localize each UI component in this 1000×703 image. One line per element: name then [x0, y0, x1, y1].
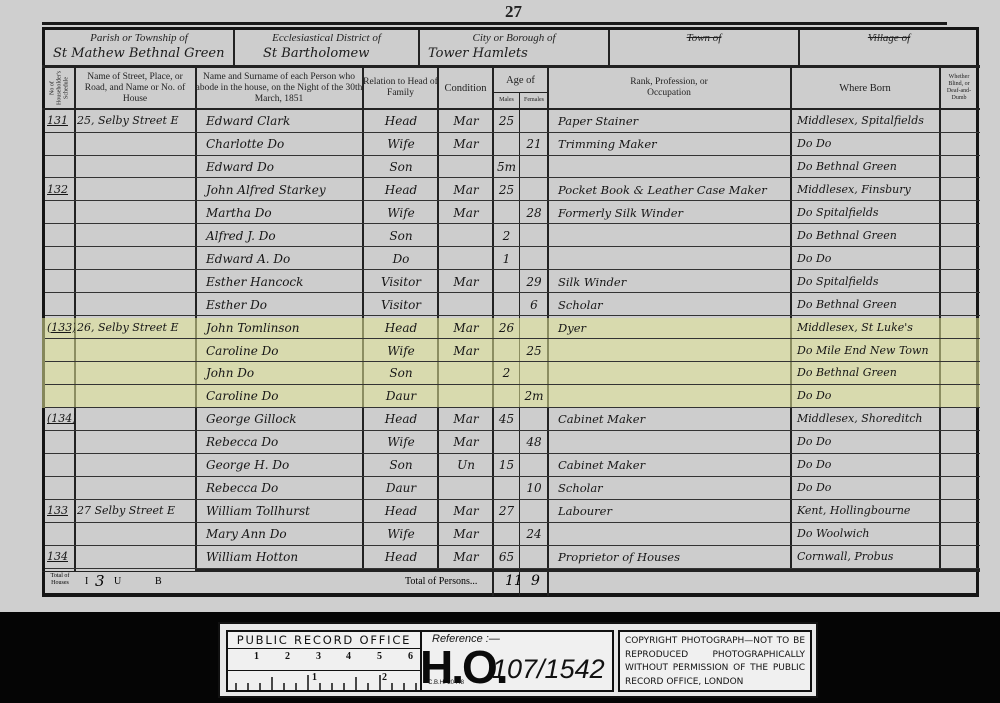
schedule-cell [47, 477, 75, 499]
name-cell: Esther Do [200, 294, 371, 316]
condition-cell [440, 156, 492, 178]
relation-cell: Do [365, 248, 437, 270]
condition-cell: Mar [440, 340, 492, 362]
birthplace-cell: Middlesex, Spitalfields [793, 110, 945, 132]
occupation-cell [552, 362, 796, 384]
parish-value: St Mathew Bethnal Green [53, 46, 225, 61]
census-row: Esther HancockVisitorMar29Silk WinderDo … [45, 271, 980, 294]
relation-cell: Head [365, 179, 437, 201]
census-row: 134William HottonHeadMar65Proprietor of … [45, 546, 980, 569]
address-cell [77, 431, 195, 453]
census-row: 13125, Selby Street EEdward ClarkHeadMar… [45, 110, 980, 133]
birthplace-cell: Do Do [793, 477, 945, 499]
schedule-cell [47, 202, 75, 224]
census-row: (133)26, Selby Street EJohn TomlinsonHea… [45, 317, 980, 340]
age-male-cell [494, 431, 519, 453]
address-cell [77, 156, 195, 178]
disability-cell [942, 202, 978, 224]
town-cell: Town of [610, 30, 800, 66]
address-cell [77, 133, 195, 155]
condition-cell [440, 294, 492, 316]
name-cell: Esther Hancock [200, 271, 371, 293]
age-male-cell: 1 [494, 248, 519, 270]
occupation-cell: Scholar [552, 477, 796, 499]
birthplace-cell: Middlesex, Shoreditch [793, 408, 945, 430]
ruler-inches: 1 2 3 4 5 6 [228, 648, 420, 671]
disability-cell [942, 294, 978, 316]
village-cell: Village of [800, 30, 978, 66]
relation-cell: Daur [365, 477, 437, 499]
age-female-cell [521, 110, 547, 132]
relation-cell: Son [365, 225, 437, 247]
occupation-cell [552, 431, 796, 453]
occupation-cell: Cabinet Maker [552, 408, 796, 430]
condition-cell: Mar [440, 500, 492, 522]
age-male-cell: 26 [494, 317, 519, 339]
age-male-cell [494, 271, 519, 293]
birthplace-cell: Do Woolwich [793, 523, 945, 545]
relation-cell: Head [365, 546, 437, 568]
disability-cell [942, 271, 978, 293]
schedule-cell [47, 362, 75, 384]
age-male-cell: 15 [494, 454, 519, 476]
address-cell [77, 477, 195, 499]
age-female-cell: 25 [521, 340, 547, 362]
age-male-cell: 2 [494, 225, 519, 247]
age-female-cell [521, 317, 547, 339]
header-rule [42, 22, 947, 25]
age-male-cell [494, 340, 519, 362]
address-cell [77, 454, 195, 476]
schedule-cell [47, 248, 75, 270]
ruler-tick: 6 [408, 651, 413, 662]
age-male-cell [494, 385, 519, 407]
census-row: Martha DoWifeMar28Formerly Silk WinderDo… [45, 202, 980, 225]
age-female-cell: 29 [521, 271, 547, 293]
address-cell: 26, Selby Street E [77, 317, 195, 339]
birthplace-cell: Do Do [793, 248, 945, 270]
age-female-cell: 21 [521, 133, 547, 155]
address-cell [77, 408, 195, 430]
birthplace-cell: Do Bethnal Green [793, 294, 945, 316]
condition-cell: Mar [440, 523, 492, 545]
address-cell [77, 362, 195, 384]
disability-cell [942, 225, 978, 247]
age-female-cell: 6 [521, 294, 547, 316]
name-cell: John Alfred Starkey [200, 179, 371, 201]
birthplace-cell: Do Do [793, 431, 945, 453]
relation-cell: Wife [365, 340, 437, 362]
disability-cell [942, 477, 978, 499]
pro-ruler-box: PUBLIC RECORD OFFICE 1 2 3 4 5 6 1 2 [226, 630, 422, 692]
census-row: Charlotte DoWifeMar21Trimming MakerDo Do [45, 133, 980, 156]
age-male-cell [494, 477, 519, 499]
age-female-cell [521, 408, 547, 430]
age-female-cell: 10 [521, 477, 547, 499]
ruler-tick: 3 [316, 651, 321, 662]
name-cell: Rebecca Do [200, 431, 371, 453]
age-male-cell: 25 [494, 179, 519, 201]
name-cell: Caroline Do [200, 340, 371, 362]
schedule-cell [47, 340, 75, 362]
reference-number: 107/1542 [492, 654, 605, 685]
schedule-cell [47, 523, 75, 545]
disability-cell [942, 500, 978, 522]
col-header-relation: Relation to Head of Family [363, 68, 438, 108]
reference-box: Reference :— H.O. 107/1542 C.B.H. 20448 [422, 630, 614, 692]
building-prefix: B [155, 576, 162, 587]
census-row: Mary Ann DoWifeMar24Do Woolwich [45, 523, 980, 546]
disability-cell [942, 133, 978, 155]
name-cell: William Hotton [200, 546, 371, 568]
age-male-cell [494, 523, 519, 545]
birthplace-cell: Cornwall, Probus [793, 546, 945, 568]
name-cell: George H. Do [200, 454, 371, 476]
col-header-occupation: Rank, Profession, or Occupation [548, 68, 790, 108]
occupation-cell: Pocket Book & Leather Case Maker [552, 179, 796, 201]
census-row: (134)George GillockHeadMar45Cabinet Make… [45, 408, 980, 431]
name-cell: Edward Do [200, 156, 371, 178]
name-cell: Edward Clark [200, 110, 371, 132]
age-female-cell: 24 [521, 523, 547, 545]
age-male-cell: 2 [494, 362, 519, 384]
condition-cell: Mar [440, 179, 492, 201]
census-row: Rebecca DoDaur10ScholarDo Do [45, 477, 980, 500]
address-cell [77, 271, 195, 293]
col-header-condition: Condition [438, 68, 493, 108]
birthplace-cell: Do Spitalfields [793, 271, 945, 293]
col-header-age: Age of [493, 68, 548, 92]
age-male-cell: 65 [494, 546, 519, 568]
condition-cell [440, 362, 492, 384]
age-female-cell [521, 546, 547, 568]
occupation-cell [552, 248, 796, 270]
relation-cell: Daur [365, 385, 437, 407]
copyright-notice: COPYRIGHT PHOTOGRAPH—NOT TO BE REPRODUCE… [618, 630, 812, 692]
occupation-cell [552, 385, 796, 407]
pro-title: PUBLIC RECORD OFFICE [228, 633, 420, 647]
occupation-cell: Paper Stainer [552, 110, 796, 132]
relation-cell: Head [365, 110, 437, 132]
inhabited-prefix: I [85, 576, 88, 587]
disability-cell [942, 362, 978, 384]
folio-number: 27 [505, 2, 522, 22]
age-female-cell [521, 500, 547, 522]
disability-cell [942, 110, 978, 132]
name-cell: Rebecca Do [200, 477, 371, 499]
disability-cell [942, 546, 978, 568]
condition-cell: Mar [440, 133, 492, 155]
name-cell: John Do [200, 362, 371, 384]
address-cell [77, 340, 195, 362]
address-cell [77, 179, 195, 201]
address-cell [77, 248, 195, 270]
schedule-cell [47, 294, 75, 316]
schedule-cell: 134 [47, 546, 75, 568]
address-cell [77, 225, 195, 247]
census-row: 13327 Selby Street EWilliam TollhurstHea… [45, 500, 980, 523]
condition-cell: Mar [440, 271, 492, 293]
schedule-cell [47, 225, 75, 247]
condition-cell: Mar [440, 202, 492, 224]
disability-cell [942, 340, 978, 362]
birthplace-cell: Do Do [793, 454, 945, 476]
schedule-cell [47, 156, 75, 178]
name-cell: John Tomlinson [200, 317, 371, 339]
persons-total-label: Total of Persons... [405, 576, 477, 587]
schedule-cell: 133 [47, 500, 75, 522]
age-female-cell [521, 156, 547, 178]
age-male-cell [494, 133, 519, 155]
age-male-cell: 5m [494, 156, 519, 178]
schedule-cell: 132 [47, 179, 75, 201]
relation-cell: Visitor [365, 294, 437, 316]
schedule-cell [47, 385, 75, 407]
name-cell: Caroline Do [200, 385, 371, 407]
address-cell [77, 385, 195, 407]
city-value: Tower Hamlets [428, 46, 528, 61]
birthplace-cell: Do Do [793, 133, 945, 155]
relation-cell: Wife [365, 133, 437, 155]
condition-cell [440, 385, 492, 407]
ruler-ticks-icon [228, 671, 420, 691]
occupation-cell: Labourer [552, 500, 796, 522]
name-cell: George Gillock [200, 408, 371, 430]
males-total: 11 [505, 573, 523, 589]
occupation-cell [552, 156, 796, 178]
census-row: Esther DoVisitor6ScholarDo Bethnal Green [45, 294, 980, 317]
age-female-cell: 28 [521, 202, 547, 224]
occupation-cell: Silk Winder [552, 271, 796, 293]
age-male-cell: 45 [494, 408, 519, 430]
occupation-cell: Proprietor of Houses [552, 546, 796, 568]
census-row: Caroline DoWifeMar25Do Mile End New Town [45, 340, 980, 363]
address-cell [77, 523, 195, 545]
condition-cell: Mar [440, 110, 492, 132]
address-cell: 25, Selby Street E [77, 110, 195, 132]
condition-cell [440, 248, 492, 270]
address-cell [77, 546, 195, 568]
ruler-tick: 4 [346, 651, 351, 662]
col-header-birthplace: Where Born [790, 68, 940, 108]
schedule-cell [47, 454, 75, 476]
ecclesiastical-value: St Bartholomew [263, 46, 369, 61]
disability-cell [942, 385, 978, 407]
col-header-age-males: Males [493, 93, 520, 107]
name-cell: Mary Ann Do [200, 523, 371, 545]
col-header-disability: Whether Blind, or Deaf-and-Dumb [940, 68, 978, 108]
relation-cell: Head [365, 408, 437, 430]
birthplace-cell: Kent, Hollingbourne [793, 500, 945, 522]
col-header-address: Name of Street, Place, or Road, and Name… [75, 68, 195, 108]
reference-code: C.B.H. 20448 [428, 680, 464, 686]
schedule-cell: (133) [47, 317, 75, 339]
census-row: Rebecca DoWifeMar48Do Do [45, 431, 980, 454]
relation-cell: Wife [365, 202, 437, 224]
census-row: Edward DoSon5mDo Bethnal Green [45, 156, 980, 179]
uninhabited-prefix: U [114, 576, 121, 587]
females-total: 9 [531, 573, 540, 589]
condition-cell: Mar [440, 546, 492, 568]
birthplace-cell: Middlesex, Finsbury [793, 179, 945, 201]
age-female-cell [521, 248, 547, 270]
condition-cell [440, 477, 492, 499]
condition-cell: Mar [440, 431, 492, 453]
disability-cell [942, 408, 978, 430]
disability-cell [942, 431, 978, 453]
age-female-cell [521, 179, 547, 201]
disability-cell [942, 156, 978, 178]
relation-cell: Visitor [365, 271, 437, 293]
condition-cell: Mar [440, 408, 492, 430]
ruler-tick: 5 [377, 651, 382, 662]
occupation-cell: Dyer [552, 317, 796, 339]
schedule-cell: 131 [47, 110, 75, 132]
address-cell [77, 202, 195, 224]
relation-cell: Son [365, 156, 437, 178]
city-cell: City or Borough of Tower Hamlets [420, 30, 610, 66]
parish-label: Parish or Township of [45, 32, 233, 44]
col-header-name: Name and Surname of each Person who abod… [195, 68, 363, 108]
age-female-cell: 2m [521, 385, 547, 407]
relation-cell: Son [365, 454, 437, 476]
census-row: Edward A. DoDo1Do Do [45, 248, 980, 271]
age-male-cell [494, 294, 519, 316]
birthplace-cell: Do Mile End New Town [793, 340, 945, 362]
age-male-cell: 27 [494, 500, 519, 522]
ruler-cm: 1 2 [228, 670, 420, 691]
birthplace-cell: Do Bethnal Green [793, 225, 945, 247]
schedule-cell [47, 271, 75, 293]
town-label: Town of [610, 32, 798, 44]
disability-cell [942, 317, 978, 339]
age-female-cell [521, 362, 547, 384]
census-row: George H. DoSonUn15Cabinet MakerDo Do [45, 454, 980, 477]
relation-cell: Head [365, 317, 437, 339]
village-label: Village of [800, 32, 978, 44]
birthplace-cell: Do Do [793, 385, 945, 407]
name-cell: Martha Do [200, 202, 371, 224]
disability-cell [942, 454, 978, 476]
ecclesiastical-cell: Ecclesiastical District of St Bartholome… [235, 30, 420, 66]
relation-cell: Son [365, 362, 437, 384]
parish-cell: Parish or Township of St Mathew Bethnal … [45, 30, 235, 66]
occupation-cell: Trimming Maker [552, 133, 796, 155]
condition-cell: Un [440, 454, 492, 476]
birthplace-cell: Do Bethnal Green [793, 362, 945, 384]
schedule-cell [47, 431, 75, 453]
census-row: John DoSon2Do Bethnal Green [45, 362, 980, 385]
census-row: Caroline DoDaur2mDo Do [45, 385, 980, 408]
ruler-tick: 2 [285, 651, 290, 662]
census-row: 132John Alfred StarkeyHeadMar25Pocket Bo… [45, 179, 980, 202]
ecclesiastical-label: Ecclesiastical District of [235, 32, 418, 44]
occupation-cell [552, 340, 796, 362]
name-cell: Charlotte Do [200, 133, 371, 155]
totals-row: Total of Houses I 3 U B Total of Persons… [45, 571, 980, 595]
name-cell: William Tollhurst [200, 500, 371, 522]
schedule-cell [47, 133, 75, 155]
ruler-tick: 1 [254, 651, 259, 662]
name-cell: Alfred J. Do [200, 225, 371, 247]
schedule-cell: (134) [47, 408, 75, 430]
occupation-cell [552, 225, 796, 247]
condition-cell [440, 225, 492, 247]
disability-cell [942, 179, 978, 201]
birthplace-cell: Middlesex, St Luke's [793, 317, 945, 339]
relation-cell: Head [365, 500, 437, 522]
condition-cell: Mar [440, 317, 492, 339]
census-page: 27 Parish or Township of St Mathew Bethn… [0, 0, 1000, 612]
occupation-cell: Formerly Silk Winder [552, 202, 796, 224]
birthplace-cell: Do Bethnal Green [793, 156, 945, 178]
relation-cell: Wife [365, 431, 437, 453]
age-female-cell: 48 [521, 431, 547, 453]
disability-cell [942, 523, 978, 545]
address-cell [77, 294, 195, 316]
age-male-cell [494, 202, 519, 224]
public-record-office-stamp: PUBLIC RECORD OFFICE 1 2 3 4 5 6 1 2 Ref… [218, 622, 818, 698]
address-cell: 27 Selby Street E [77, 500, 195, 522]
age-female-cell [521, 454, 547, 476]
col-header-schedule: No of Householder's Schedule [45, 68, 75, 108]
inhabited-value: 3 [95, 572, 105, 590]
census-row: Alfred J. DoSon2Do Bethnal Green [45, 225, 980, 248]
name-cell: Edward A. Do [200, 248, 371, 270]
occupation-cell: Scholar [552, 294, 796, 316]
age-subdivider [493, 92, 548, 93]
houses-total-label: Total of Houses [45, 571, 75, 595]
relation-cell: Wife [365, 523, 437, 545]
col-header-age-females: Females [520, 93, 548, 107]
birthplace-cell: Do Spitalfields [793, 202, 945, 224]
age-male-cell: 25 [494, 110, 519, 132]
disability-cell [942, 248, 978, 270]
city-label: City or Borough of [420, 32, 608, 44]
age-female-cell [521, 225, 547, 247]
occupation-cell: Cabinet Maker [552, 454, 796, 476]
occupation-cell [552, 523, 796, 545]
